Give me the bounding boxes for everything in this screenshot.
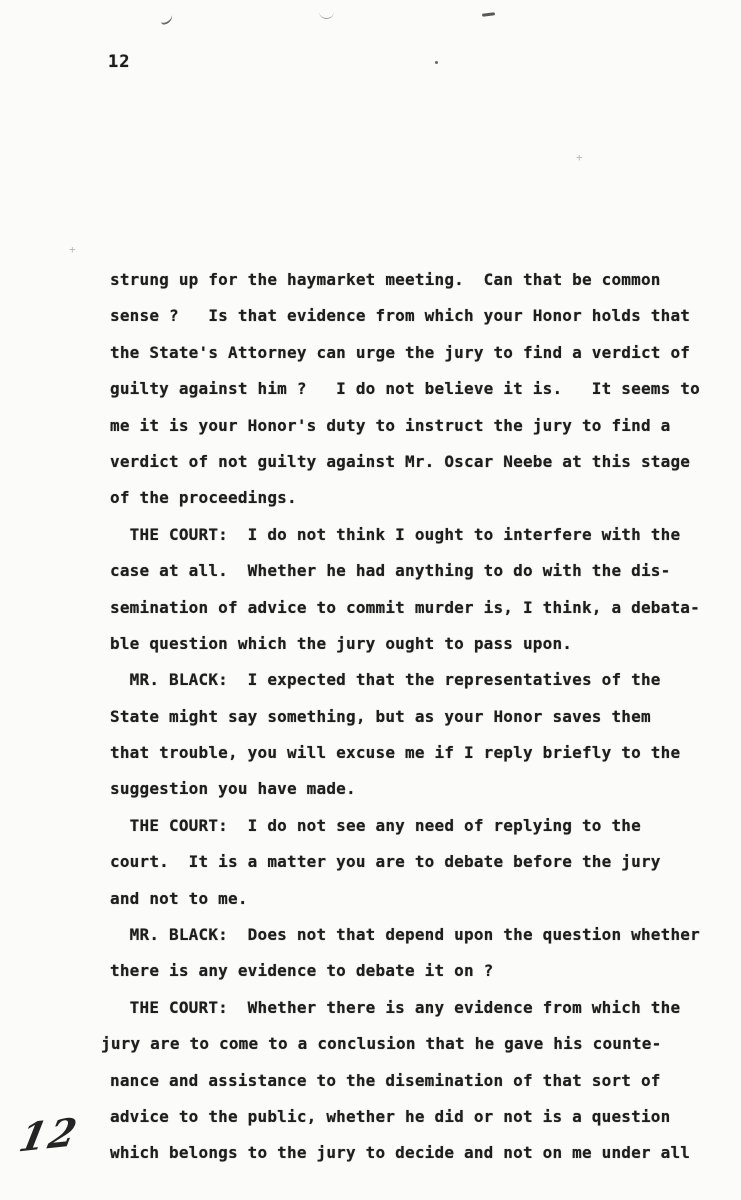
transcript-line: nance and assistance to the disemination… <box>110 1063 735 1099</box>
transcript-line: of the proceedings. <box>110 480 735 516</box>
scanned-transcript-page: + + 12 strung up for the haymarket meeti… <box>0 0 741 1200</box>
transcript-line: ble question which the jury ought to pas… <box>110 626 735 662</box>
transcript-line: which belongs to the jury to decide and … <box>110 1135 735 1171</box>
scan-smudge-icon <box>435 61 438 64</box>
transcript-line: sense ? Is that evidence from which your… <box>110 298 735 334</box>
register-mark-icon: + <box>576 151 583 164</box>
transcript-line: suggestion you have made. <box>110 771 735 807</box>
transcript-line: the State's Attorney can urge the jury t… <box>110 335 735 371</box>
transcript-line: advice to the public, whether he did or … <box>110 1099 735 1135</box>
transcript-line: there is any evidence to debate it on ? <box>110 953 735 989</box>
transcript-line: court. It is a matter you are to debate … <box>110 844 735 880</box>
transcript-line: semination of advice to commit murder is… <box>110 590 735 626</box>
register-mark-icon: + <box>69 243 76 256</box>
transcript-line: THE COURT: I do not think I ought to int… <box>110 517 735 553</box>
transcript-line: that trouble, you will excuse me if I re… <box>110 735 735 771</box>
transcript-line: THE COURT: Whether there is any evidence… <box>110 990 735 1026</box>
transcript-line: THE COURT: I do not see any need of repl… <box>110 808 735 844</box>
transcript-text: strung up for the haymarket meeting. Can… <box>110 262 735 1172</box>
transcript-line: verdict of not guilty against Mr. Oscar … <box>110 444 735 480</box>
typed-page-number: 12 <box>108 52 130 72</box>
transcript-line: and not to me. <box>110 881 735 917</box>
scan-smudge-icon <box>159 12 174 26</box>
transcript-line: State might say something, but as your H… <box>110 699 735 735</box>
scan-smudge-icon <box>319 8 334 19</box>
transcript-line: MR. BLACK: Does not that depend upon the… <box>110 917 735 953</box>
transcript-line: jury are to come to a conclusion that he… <box>101 1026 735 1062</box>
transcript-line: case at all. Whether he had anything to … <box>110 553 735 589</box>
scan-smudge-icon <box>482 12 495 17</box>
transcript-line: guilty against him ? I do not believe it… <box>110 371 735 407</box>
handwritten-page-number: 12 <box>15 1108 83 1160</box>
transcript-line: me it is your Honor's duty to instruct t… <box>110 408 735 444</box>
transcript-line: MR. BLACK: I expected that the represent… <box>110 662 735 698</box>
transcript-line: strung up for the haymarket meeting. Can… <box>110 262 735 298</box>
